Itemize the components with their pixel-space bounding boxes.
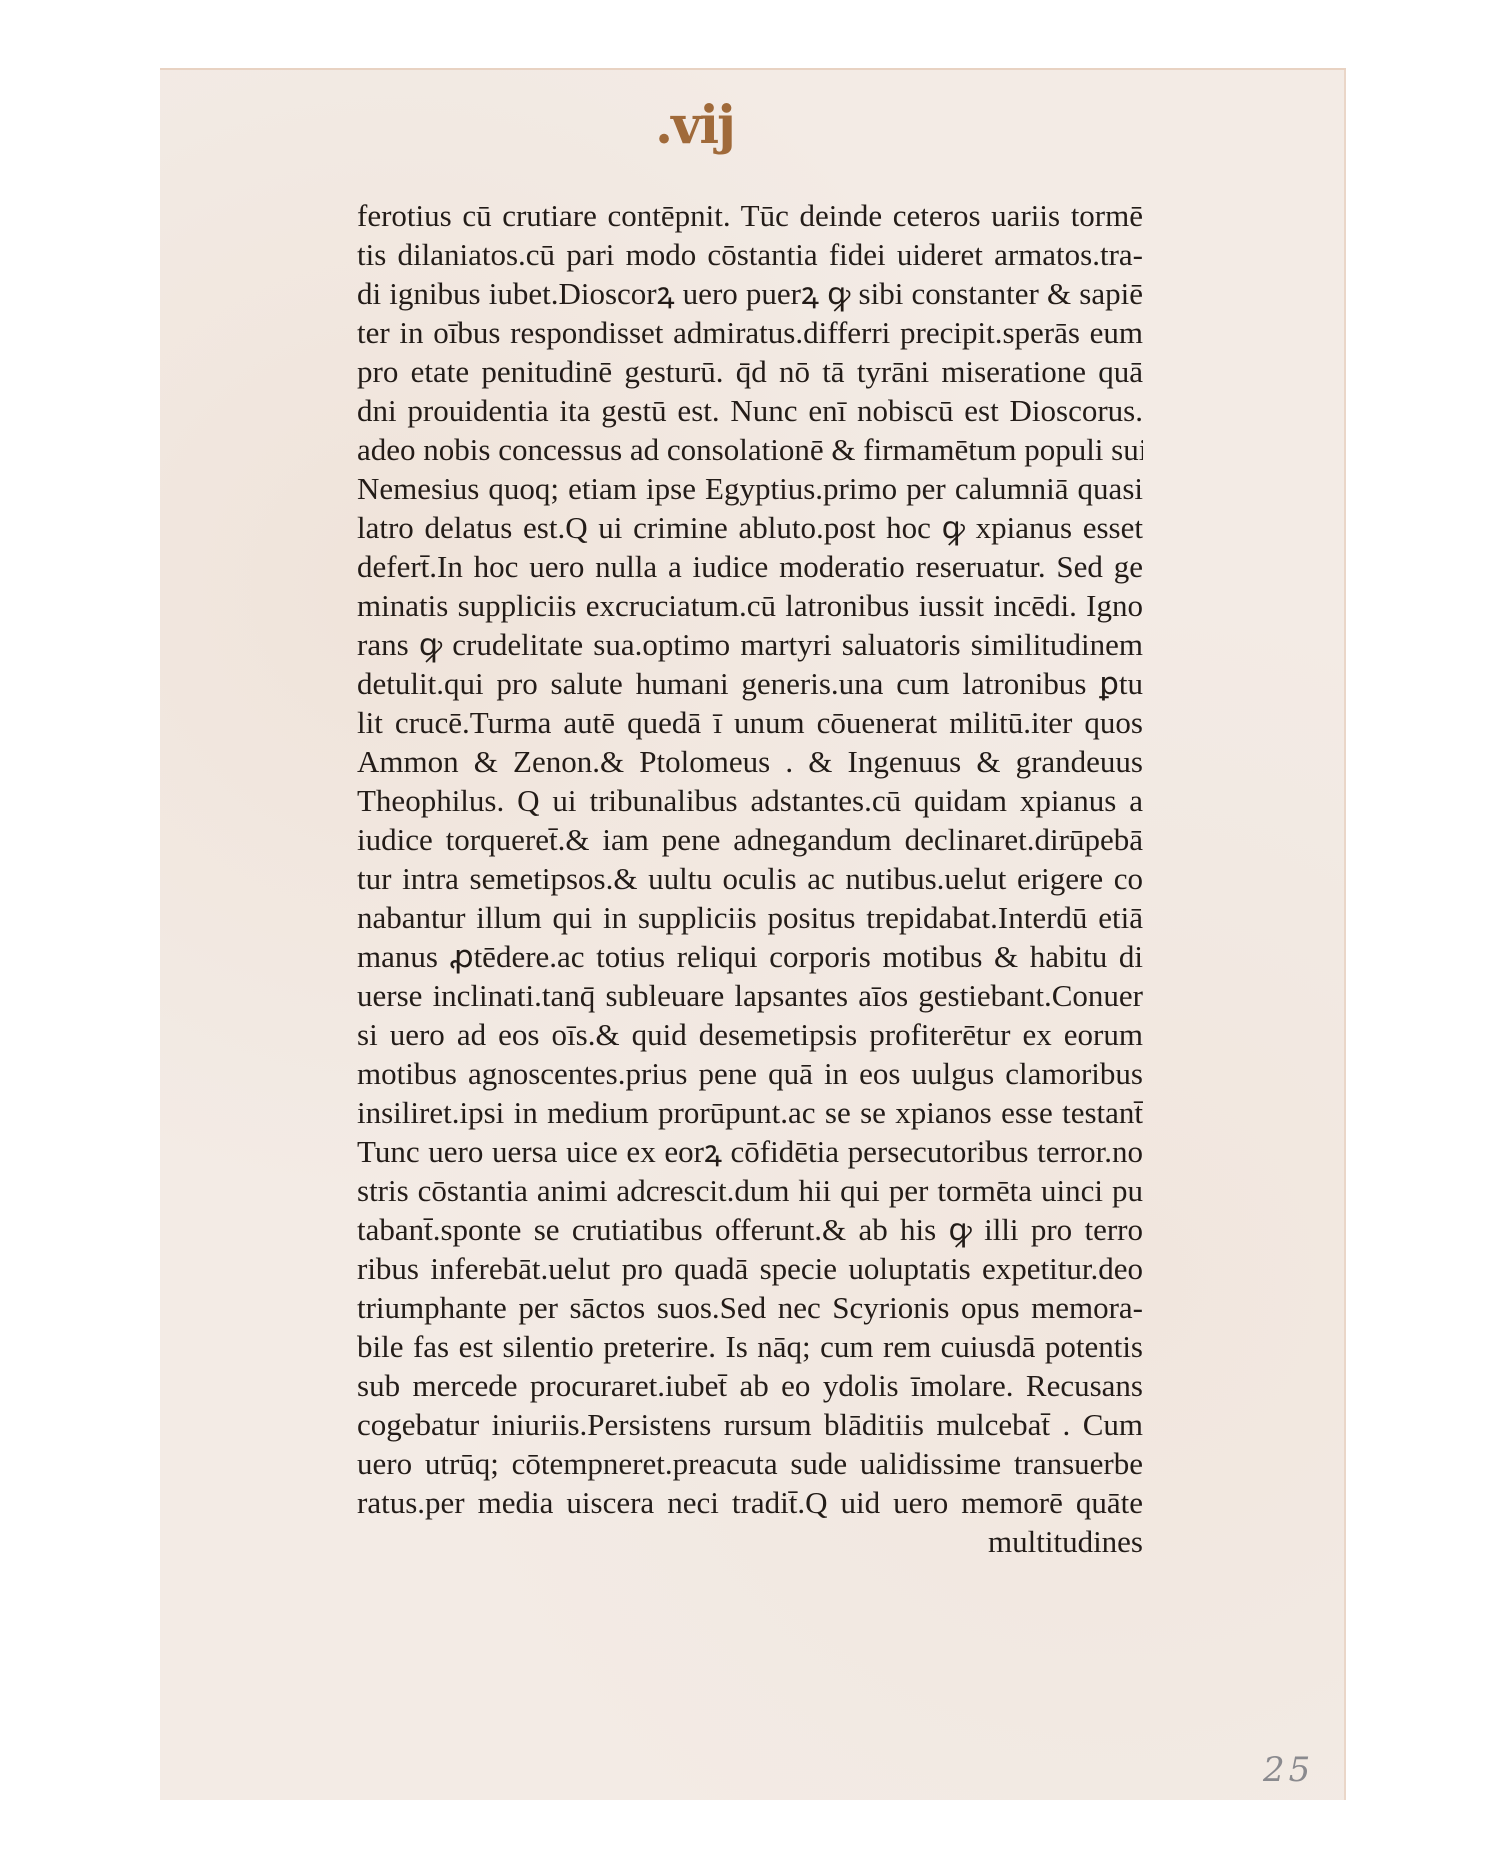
text-line: triumphante per sāctos suos.Sed nec Scyr…	[357, 1288, 1143, 1327]
text-line: ter in oībus respondisset admiratus.diff…	[357, 313, 1143, 352]
text-line: uerse inclinati.tanq̄ subleuare lapsante…	[357, 976, 1143, 1015]
text-line: di ignibus iubet.Dioscorꝝ uero puerꝝ ꝙ s…	[357, 274, 1143, 313]
text-line: lit crucē.Turma autē quedā ī unum cōuene…	[357, 703, 1143, 742]
text-line: bile fas est silentio preterire. Is nāq;…	[357, 1327, 1143, 1366]
text-line: ribus inferebāt.uelut pro quadā specie u…	[357, 1249, 1143, 1288]
text-line: dni prouidentia ita gestū est. Nunc enī …	[357, 391, 1143, 430]
text-line: detulit.qui pro salute humani generis.un…	[357, 664, 1143, 703]
text-line: latro delatus est.Q ui crimine abluto.po…	[357, 508, 1143, 547]
text-line: tur intra semetipsos.& uultu oculis ac n…	[357, 859, 1143, 898]
text-line: si uero ad eos oīs.& quid desemetipsis p…	[357, 1015, 1143, 1054]
text-line: Ammon & Zenon.& Ptolomeus . & Ingenuus &…	[357, 742, 1143, 781]
text-line: tabant̄.sponte se crutiatibus offerunt.&…	[357, 1210, 1143, 1249]
text-line: insiliret.ipsi in medium prorūpunt.ac se…	[357, 1093, 1143, 1132]
text-line: ferotius cū crutiare contēpnit. Tūc dein…	[357, 196, 1143, 235]
text-line: nabantur illum qui in suppliciis positus…	[357, 898, 1143, 937]
text-line: cogebatur iniuriis.Persistens rursum blā…	[357, 1405, 1143, 1444]
text-line: motibus agnoscentes.prius pene quā in eo…	[357, 1054, 1143, 1093]
text-line: uero utrūq; cōtempneret.preacuta sude ua…	[357, 1444, 1143, 1483]
body-text: ferotius cū crutiare contēpnit. Tūc dein…	[357, 196, 1143, 1561]
text-line: defert̄.In hoc uero nulla a iudice moder…	[357, 547, 1143, 586]
catchword-line: multitudines	[357, 1522, 1143, 1561]
folio-signature-mark: .vij	[655, 100, 734, 152]
text-line: tis dilaniatos.cū pari modo cōstantia fi…	[357, 235, 1143, 274]
text-line: pro etate penitudinē gesturū. q̄d nō tā …	[357, 352, 1143, 391]
text-line: sub mercede procuraret.iubet̄ ab eo ydol…	[357, 1366, 1143, 1405]
text-line: ratus.per media uiscera neci tradit̄.Q u…	[357, 1483, 1143, 1522]
text-line: iudice torqueret̄.& iam pene adnegandum …	[357, 820, 1143, 859]
handwritten-page-number: 25	[1263, 1750, 1314, 1790]
text-line: Tunc uero uersa uice ex eorꝝ cōfidētia p…	[357, 1132, 1143, 1171]
text-line: minatis suppliciis excruciatum.cū latron…	[357, 586, 1143, 625]
text-line: adeo nobis concessus ad consolationē & f…	[357, 430, 1143, 469]
text-line: rans ꝙ crudelitate sua.optimo martyri sa…	[357, 625, 1143, 664]
text-line: Nemesius quoq; etiam ipse Egyptius.primo…	[357, 469, 1143, 508]
text-line: Theophilus. Q ui tribunalibus adstantes.…	[357, 781, 1143, 820]
text-line: stris cōstantia animi adcrescit.dum hii …	[357, 1171, 1143, 1210]
text-line: manus ꝓtēdere.ac totius reliqui corporis…	[357, 937, 1143, 976]
